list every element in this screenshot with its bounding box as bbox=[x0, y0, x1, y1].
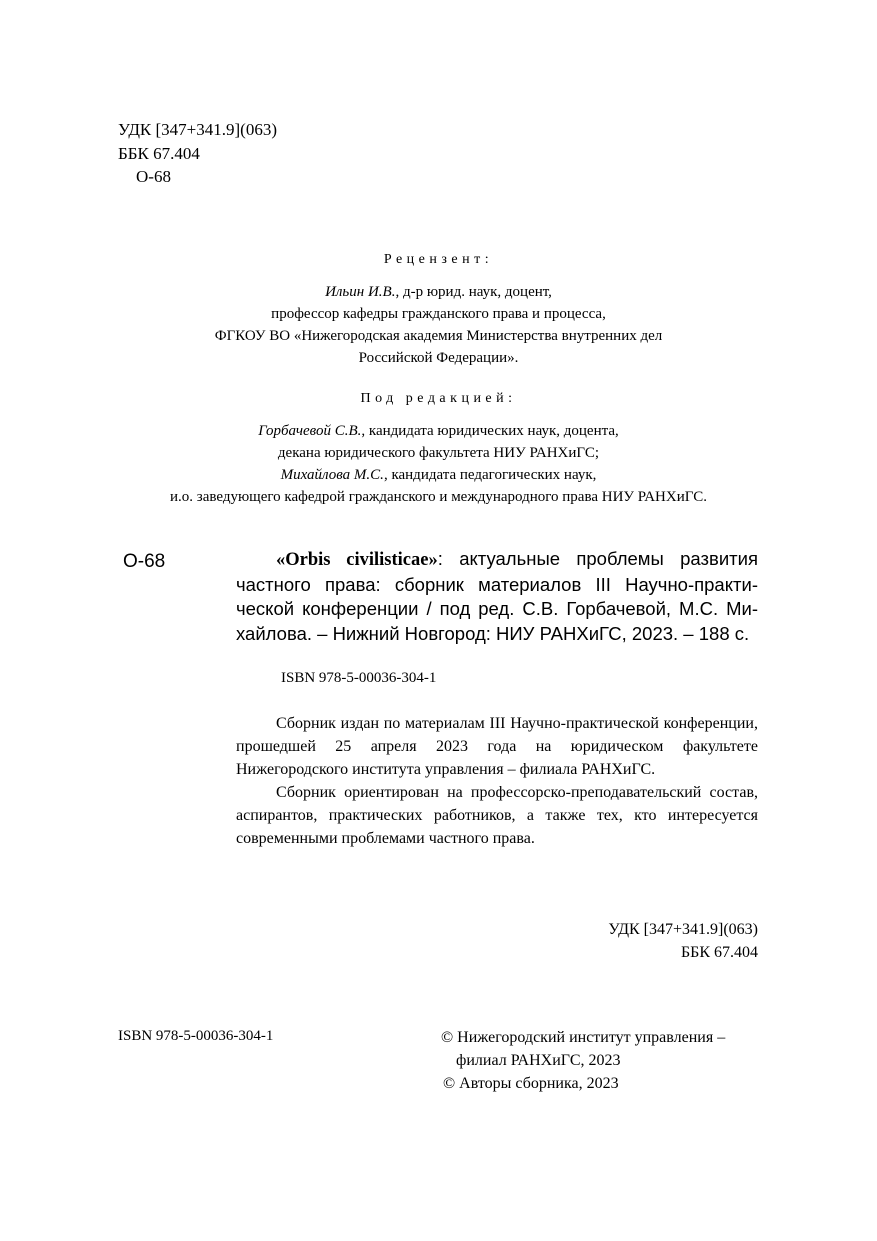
annotation-paragraph-1: Сборник издан по материалам III Научно-п… bbox=[236, 712, 758, 781]
editor-2-line-1: Михайлова М.С., кандидата педагогических… bbox=[0, 464, 877, 486]
editor-1-line-1: Горбачевой С.В., кандидата юридических н… bbox=[0, 420, 877, 442]
bbk-code: ББК 67.404 bbox=[118, 142, 277, 166]
collection-title: «Orbis civilisticae» bbox=[276, 550, 438, 570]
udk-code: УДК [347+341.9](063) bbox=[118, 118, 277, 142]
udk-code-bottom: УДК [347+341.9](063) bbox=[608, 918, 758, 941]
reviewer-line-3: ФГКОУ ВО «Нижегородская академия Министе… bbox=[0, 325, 877, 347]
classification-codes-top: УДК [347+341.9](063) ББК 67.404 О-68 bbox=[118, 118, 277, 189]
annotation: Сборник издан по материалам III Научно-п… bbox=[236, 712, 758, 850]
reviewer-line-2: профессор кафедры гражданского права и п… bbox=[0, 303, 877, 325]
copyright-authors: © Авторы сборника, 2023 bbox=[441, 1072, 725, 1095]
classification-codes-bottom: УДК [347+341.9](063) ББК 67.404 bbox=[608, 918, 758, 964]
editor-2-line-2: и.о. заведующего кафедрой гражданского и… bbox=[0, 486, 877, 508]
bibliographic-description: «Orbis civilisticae»: актуальные проблем… bbox=[236, 547, 758, 646]
bbk-code-bottom: ББК 67.404 bbox=[608, 941, 758, 964]
author-mark: О-68 bbox=[118, 165, 277, 189]
annotation-paragraph-2: Сборник ориентирован на профессорско-пре… bbox=[236, 781, 758, 850]
footer-isbn: ISBN 978-5-00036-304-1 bbox=[118, 1028, 273, 1045]
reviewer-line-1: Ильин И.В., д-р юрид. наук, доцент, bbox=[0, 281, 877, 303]
reviewer-line-4: Российской Федерации». bbox=[0, 347, 877, 369]
editor-1-name: Горбачевой С.В. bbox=[258, 423, 361, 439]
copyright-institute-cont: филиал РАНХиГС, 2023 bbox=[441, 1049, 725, 1072]
reviewer-block: Ильин И.В., д-р юрид. наук, доцент, проф… bbox=[0, 281, 877, 369]
copyright-block: © Нижегородский институт управления – фи… bbox=[441, 1026, 725, 1095]
reviewer-name: Ильин И.В. bbox=[325, 284, 395, 300]
editors-block: Горбачевой С.В., кандидата юридических н… bbox=[0, 420, 877, 508]
editor-2-name: Михайлова М.С. bbox=[281, 467, 384, 483]
isbn: ISBN 978-5-00036-304-1 bbox=[281, 670, 436, 687]
copyright-institute: © Нижегородский институт управления – bbox=[441, 1026, 725, 1049]
bibliographic-code: О-68 bbox=[123, 551, 165, 573]
reviewer-heading: Рецензент: bbox=[0, 252, 877, 268]
editors-heading: Под редакцией: bbox=[0, 391, 877, 407]
editor-1-line-2: декана юридического факультета НИУ РАНХи… bbox=[0, 442, 877, 464]
